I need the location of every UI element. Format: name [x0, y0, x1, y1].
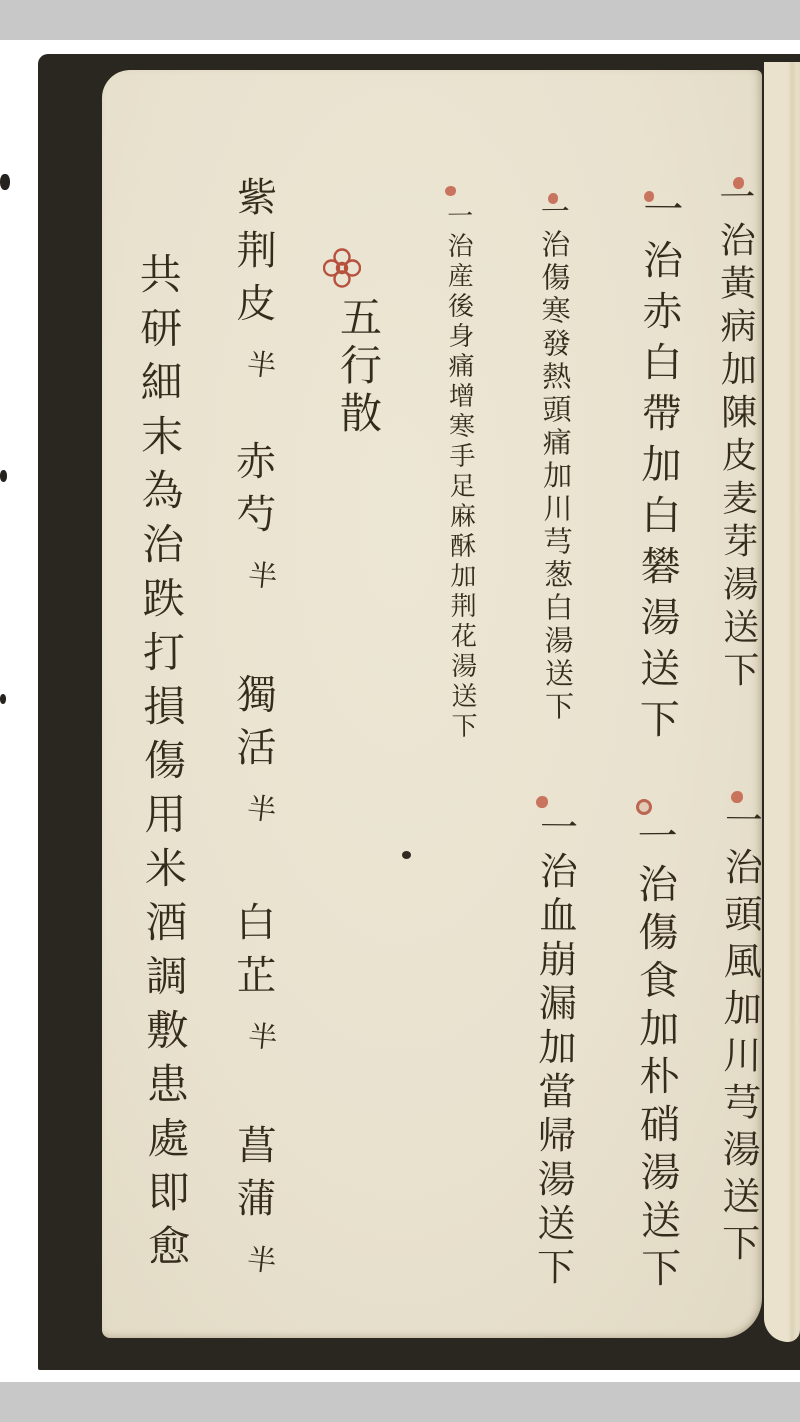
- ingredient-entry: 菖蒲半: [232, 1124, 273, 1273]
- ingredient-name: 白芷: [230, 901, 276, 1007]
- remedy-note-column: 一治頭風加川芎湯送下: [709, 800, 767, 1270]
- manuscript-scan: 一治黃病加陳皮麦芽湯送下 一治頭風加川芎湯送下 一治赤白帶加白礬湯送下 一治傷食…: [0, 0, 800, 1422]
- ingredient-name: 赤芍: [230, 440, 276, 546]
- ingredient-entry: 紫荆皮半: [232, 176, 273, 378]
- ingredient-dose: 半: [244, 1020, 276, 1052]
- adjacent-page-edge: [764, 62, 800, 1342]
- remedy-note-column: 一治血崩漏加當帰湯送下: [524, 807, 582, 1291]
- ingredient-dose: 半: [243, 792, 275, 824]
- ingredient-dose: 半: [243, 348, 275, 380]
- red-dot-mark: [445, 186, 456, 196]
- ingredient-name: 紫荆皮: [231, 176, 277, 335]
- remedy-note-column: 一治赤白帶加白礬湯送下: [628, 188, 689, 749]
- remedy-note-column: 一治傷寒發熱頭痛加川芎葱白湯送下: [533, 196, 579, 724]
- remedy-note-column: 一治黃病加陳皮麦芽湯送下: [710, 178, 766, 694]
- remedy-note-column: 一治傷食加朴硝湯送下: [626, 815, 687, 1295]
- ingredient-name: 菖蒲: [231, 1124, 277, 1230]
- scanner-frame-bottom: [0, 1382, 800, 1422]
- red-ring-mark: [636, 799, 652, 815]
- scanner-frame-top: [0, 0, 800, 40]
- remedy-note-column-small: 一治産後身痛增寒手足麻酥加荆花湯送下: [440, 202, 482, 742]
- red-flower-quatrefoil-icon: [323, 248, 361, 288]
- ingredient-entry: 白芷半: [232, 901, 273, 1050]
- prescription-title: 五行散: [327, 295, 387, 439]
- margin-speck: [0, 694, 6, 704]
- margin-speck: [0, 174, 10, 190]
- ingredient-dose: 半: [244, 559, 276, 591]
- instruction-column: 共研細末為治跌打損傷用米酒調敷患處即愈: [127, 252, 196, 1278]
- ingredient-dose: 半: [243, 1243, 275, 1275]
- margin-speck: [0, 470, 7, 482]
- ingredient-entry: 赤芍半: [232, 440, 273, 589]
- ink-spot: [402, 851, 411, 859]
- ingredient-name: 獨活: [231, 673, 277, 779]
- ingredient-entry: 獨活半: [232, 673, 273, 822]
